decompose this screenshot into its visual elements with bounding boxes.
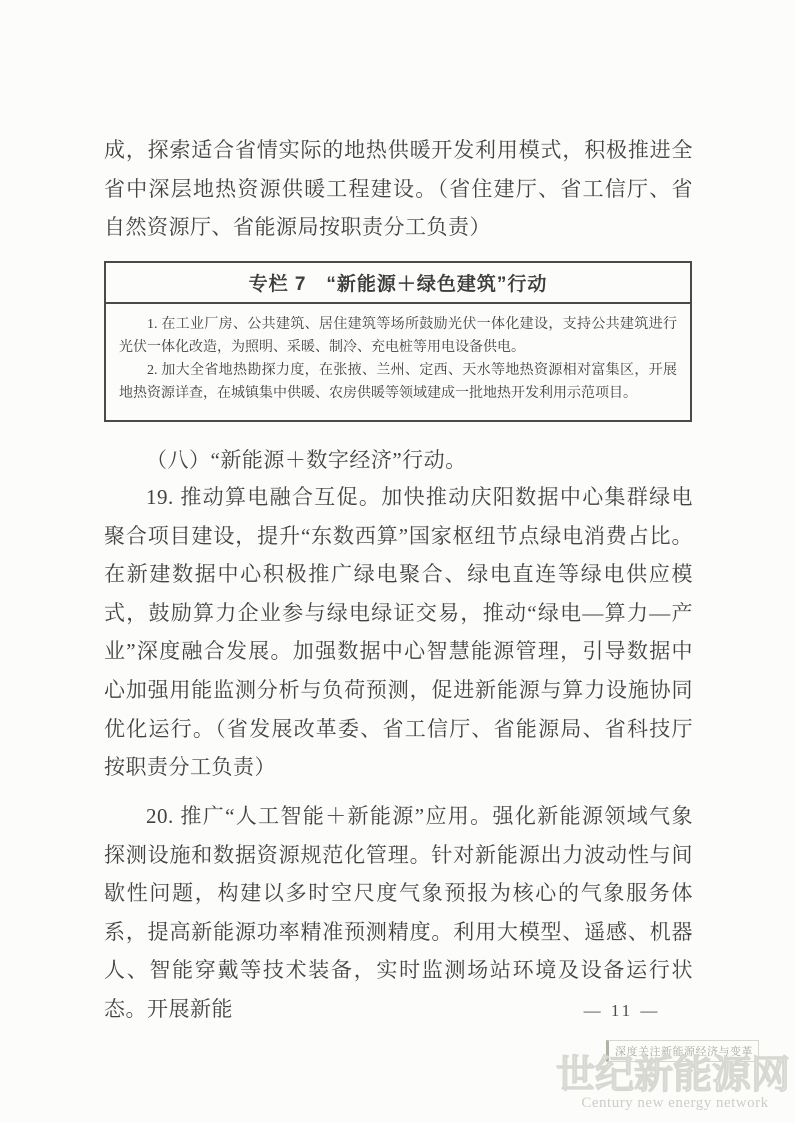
callout-box-item: 2. 加大全省地热勘探力度，在张掖、兰州、定西、天水等地热资源相对富集区，开展地… [119, 359, 677, 405]
callout-box-item: 1. 在工业厂房、公共建筑、居住建筑等场所鼓励光伏一体化建设，支持公共建筑进行光… [119, 313, 677, 359]
callout-box: 专栏 7 “新能源＋绿色建筑”行动 1. 在工业厂房、公共建筑、居住建筑等场所鼓… [104, 261, 692, 422]
document-page: 成，探索适合省情实际的地热供暖开发利用模式，积极推进全省中深层地热资源供暖工程建… [0, 0, 794, 1123]
section-heading: （八）“新能源＋数字经济”行动。 [104, 441, 693, 480]
watermark-brand-english: Century new energy network [575, 1095, 775, 1112]
continuation-paragraph: 成，探索适合省情实际的地热供暖开发利用模式，积极推进全省中深层地热资源供暖工程建… [104, 131, 693, 247]
callout-box-title: 专栏 7 “新能源＋绿色建筑”行动 [249, 269, 548, 296]
callout-box-body: 1. 在工业厂房、公共建筑、居住建筑等场所鼓励光伏一体化建设，支持公共建筑进行光… [106, 304, 690, 420]
callout-box-header: 专栏 7 “新能源＋绿色建筑”行动 [106, 263, 690, 304]
page-number: — 11 — [572, 1001, 672, 1021]
paragraph-20: 20. 推广“人工智能＋新能源”应用。强化新能源领域气象探测设施和数据资源规范化… [104, 797, 693, 1029]
watermark-brand-chinese: 世纪新能源网 [553, 1052, 793, 1100]
paragraph-19: 19. 推动算电融合互促。加快推动庆阳数据中心集群绿电聚合项目建设，提升“东数西… [104, 478, 693, 787]
